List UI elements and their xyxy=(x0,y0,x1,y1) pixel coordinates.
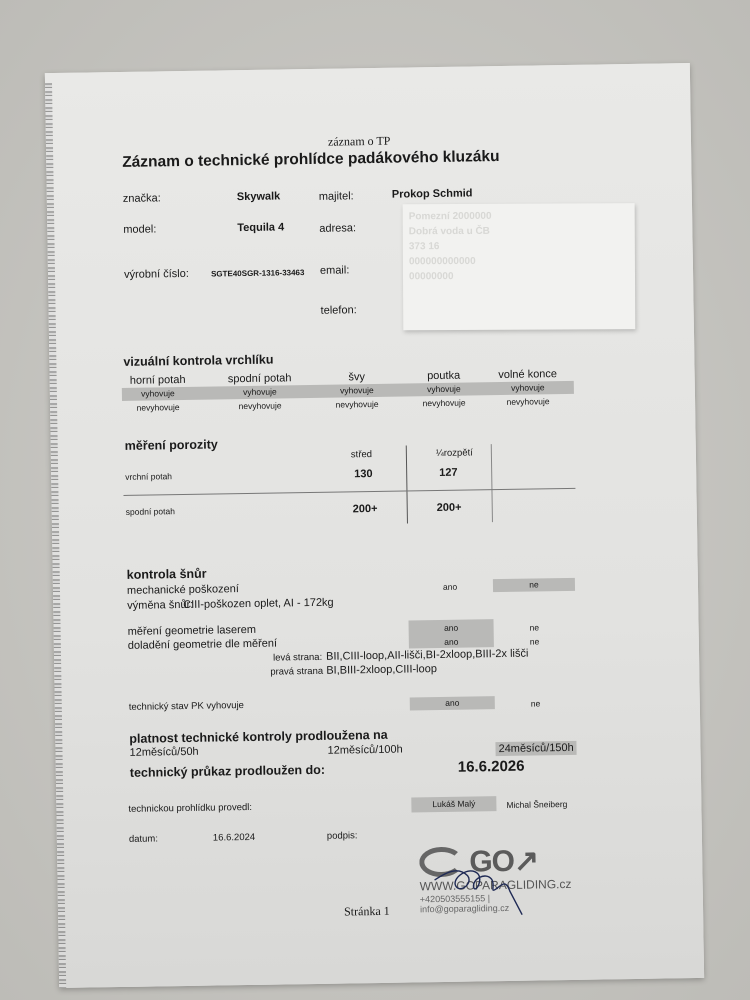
signature-label: podpis: xyxy=(327,830,358,841)
visual-check-option-selected: vyhovuje xyxy=(108,388,208,400)
right-side-label: pravá strana xyxy=(270,666,323,678)
note-line: 000000000000 xyxy=(409,253,629,269)
date-label: datum: xyxy=(129,833,158,844)
replacement-value: CIII-poškozen oplet, AI - 172kg xyxy=(183,597,334,611)
header-small: záznam o TP xyxy=(328,134,391,150)
brand-value: Skywalk xyxy=(237,190,281,203)
mech-damage-no-selected: ne xyxy=(493,578,575,592)
visual-check-option-selected: vyhovuje xyxy=(478,382,578,394)
note-line: 00000000 xyxy=(409,268,629,284)
inspector-option: Michal Šneiberg xyxy=(506,799,567,810)
porosity-col-quarter: ¼rozpětí xyxy=(436,447,473,459)
laser-no: ne xyxy=(530,622,540,632)
extended-label: technický průkaz prodloužen do: xyxy=(130,763,325,780)
visual-check-option: nevyhovuje xyxy=(478,396,578,408)
laser-yes-selected: ano xyxy=(409,622,494,633)
visual-check-column-header: volné konce xyxy=(478,368,578,382)
handwritten-signature-icon xyxy=(429,848,540,920)
visual-check-option-selected: vyhovuje xyxy=(210,386,310,398)
visual-check-heading: vizuální kontrola vrchlíku xyxy=(123,353,273,369)
inspector-selected: Lukáš Malý xyxy=(411,796,496,812)
porosity-quarter-value: 127 xyxy=(439,467,458,479)
visual-check-column-header: horní potah xyxy=(108,374,208,388)
tech-state-yes-selected: ano xyxy=(410,696,495,710)
document-title: Záznam o technické prohlídce padákového … xyxy=(122,148,500,172)
left-side-label: levá strana: xyxy=(273,652,322,664)
page-footer: Stránka 1 xyxy=(344,904,390,920)
left-side-value: BII,CIII-loop,AII-lišči,BI-2xloop,BIII-2… xyxy=(326,648,529,663)
lines-check-heading: kontrola šnůr xyxy=(127,567,207,582)
validity-option: 12měsíců/50h xyxy=(129,746,198,759)
visual-check-column-header: švy xyxy=(307,370,407,384)
note-line: Dobrá voda u ČB xyxy=(409,223,629,239)
email-label: email: xyxy=(320,264,350,276)
owner-value: Prokop Schmid xyxy=(392,187,473,200)
tuning-label: doladění geometrie dle měření xyxy=(128,638,277,652)
tuning-no: ne xyxy=(530,636,540,646)
covering-paper-note: Pomezní 2000000 Dobrá voda u ČB 373 16 0… xyxy=(403,203,636,330)
validity-option: 12měsíců/100h xyxy=(327,744,402,757)
note-line: 373 16 xyxy=(409,238,629,254)
date-value: 16.6.2024 xyxy=(213,832,255,844)
performed-label: technickou prohlídku provedl: xyxy=(128,802,252,815)
visual-check-option: nevyhovuje xyxy=(307,398,407,410)
porosity-col-center: střed xyxy=(351,449,372,460)
porosity-row-divider xyxy=(123,488,575,496)
visual-check-option-selected: vyhovuje xyxy=(307,384,407,396)
porosity-quarter-value: 200+ xyxy=(437,502,462,514)
model-label: model: xyxy=(123,223,156,236)
brand-label: značka: xyxy=(123,192,161,205)
company-stamp: GO↗ WWW.GOPARAGLIDING.cz +420503555155 |… xyxy=(419,843,580,921)
right-side-value: BI,BIII-2xloop,CIII-loop xyxy=(326,663,437,677)
porosity-divider xyxy=(406,445,408,523)
tech-state-label: technický stav PK vyhovuje xyxy=(129,700,244,713)
porosity-row-label: spodní potah xyxy=(126,506,175,517)
validity-option-selected: 24měsíců/150h xyxy=(495,741,576,756)
porosity-heading: měření porozity xyxy=(125,437,218,452)
serial-label: výrobní číslo: xyxy=(124,268,189,281)
address-label: adresa: xyxy=(319,222,356,235)
model-value: Tequila 4 xyxy=(237,221,284,234)
tech-state-no: ne xyxy=(531,698,541,708)
document-page: záznam o TP Záznam o technické prohlídce… xyxy=(45,63,704,988)
tuning-yes-selected: ano xyxy=(409,636,494,647)
mech-damage-yes: ano xyxy=(443,581,483,592)
visual-check-option: nevyhovuje xyxy=(210,400,310,412)
porosity-center-value: 130 xyxy=(354,468,373,480)
owner-label: majitel: xyxy=(319,190,354,203)
porosity-divider xyxy=(491,444,493,522)
visual-check-column-header: spodní potah xyxy=(210,372,310,386)
laser-label: měření geometrie laserem xyxy=(128,624,257,638)
porosity-row-label: vrchní potah xyxy=(125,471,172,482)
validity-heading: platnost technické kontroly prodloužena … xyxy=(129,728,388,746)
visual-check-option: nevyhovuje xyxy=(108,402,208,414)
serial-value: SGTE40SGR-1316-33463 xyxy=(211,268,305,278)
porosity-center-value: 200+ xyxy=(353,503,378,515)
note-line: Pomezní 2000000 xyxy=(409,208,629,224)
extended-date: 16.6.2026 xyxy=(458,758,525,776)
phone-label: telefon: xyxy=(321,304,357,317)
mech-damage-label: mechanické poškození xyxy=(127,583,239,597)
